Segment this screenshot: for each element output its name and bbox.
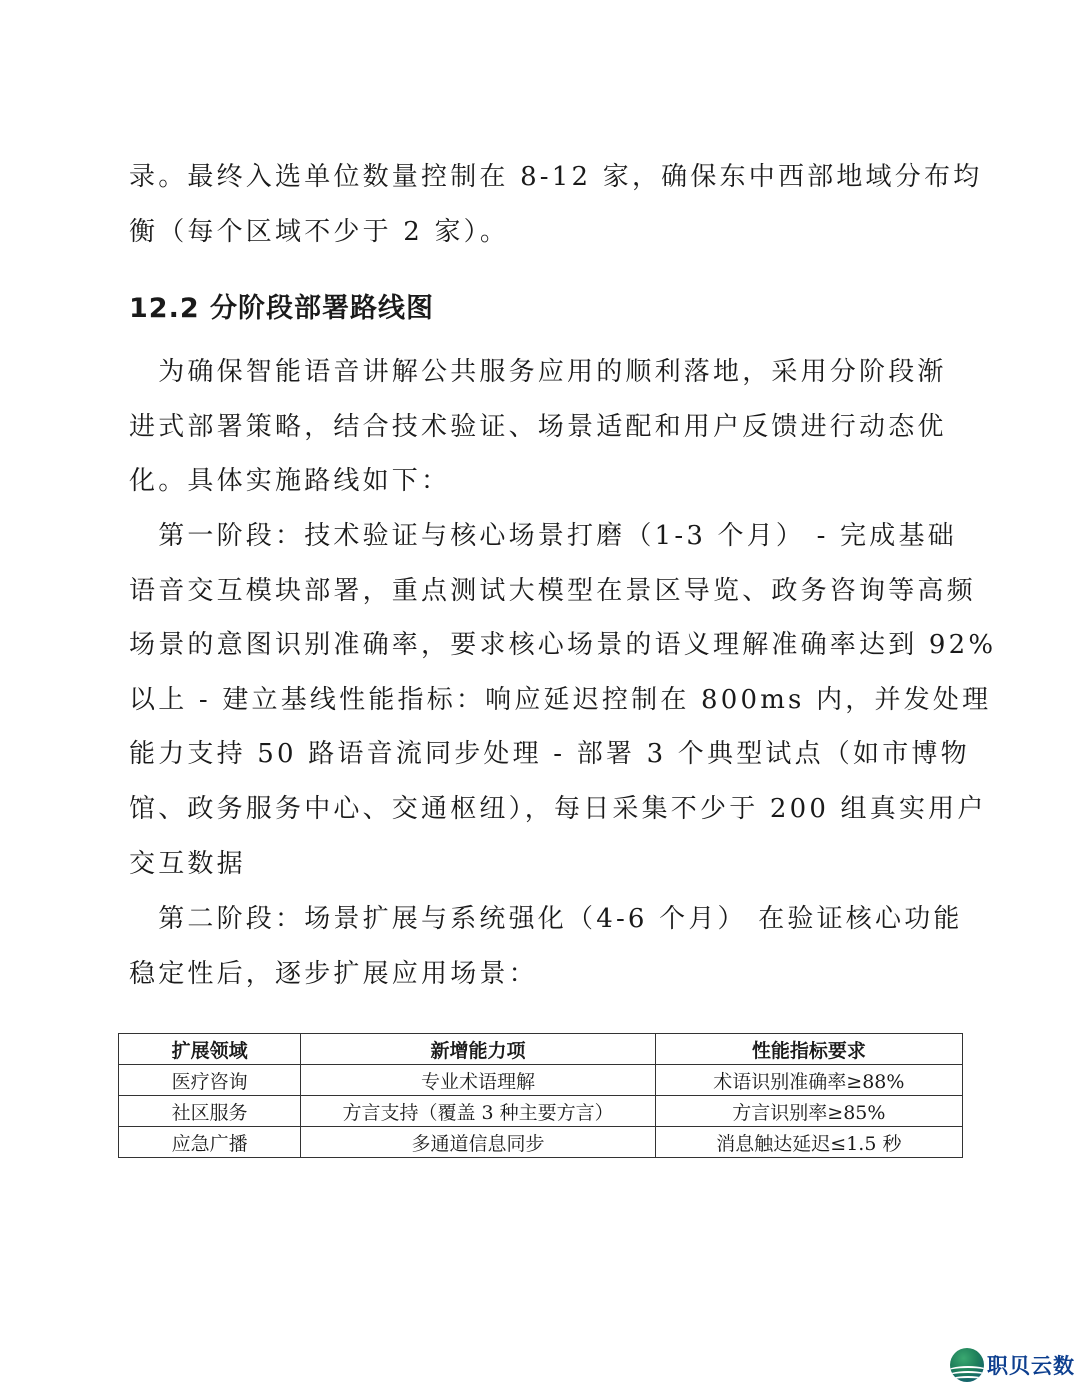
table-cell: 专业术语理解 <box>301 1065 655 1096</box>
text-line: 化。具体实施路线如下： <box>129 454 959 509</box>
table-cell: 消息触达延迟≤1.5 秒 <box>655 1127 962 1158</box>
text-line: 第一阶段：技术验证与核心场景打磨（1-3 个月） - 完成基础 <box>129 509 959 564</box>
table-header-row: 扩展领域 新增能力项 性能指标要求 <box>119 1034 963 1065</box>
column-header: 性能指标要求 <box>655 1034 962 1065</box>
text-line: 场景的意图识别准确率，要求核心场景的语义理解准确率达到 92% <box>129 618 959 673</box>
wave-globe-logo-icon <box>950 1348 984 1382</box>
table-cell: 社区服务 <box>119 1096 301 1127</box>
text-line: 交互数据 <box>129 837 959 892</box>
text-line: 为确保智能语音讲解公共服务应用的顺利落地，采用分阶段渐 <box>129 345 959 400</box>
table-cell: 医疗咨询 <box>119 1065 301 1096</box>
text-line: 进式部署策略，结合技术验证、场景适配和用户反馈进行动态优 <box>129 400 959 455</box>
table-row: 医疗咨询 专业术语理解 术语识别准确率≥88% <box>119 1065 963 1096</box>
text-line: 能力支持 50 路语音流同步处理 - 部署 3 个典型试点（如市博物 <box>129 727 959 782</box>
document-page: 录。最终入选单位数量控制在 8-12 家，确保东中西部地域分布均 衡（每个区域不… <box>0 0 1080 1397</box>
intro-paragraph: 录。最终入选单位数量控制在 8-12 家，确保东中西部地域分布均 衡（每个区域不… <box>129 150 959 259</box>
text-line: 稳定性后，逐步扩展应用场景： <box>129 947 959 1002</box>
table-row: 社区服务 方言支持（覆盖 3 种主要方言） 方言识别率≥85% <box>119 1096 963 1127</box>
strategy-paragraph: 为确保智能语音讲解公共服务应用的顺利落地，采用分阶段渐 进式部署策略，结合技术验… <box>129 345 959 509</box>
brand-name: 职贝云数 <box>987 1350 1075 1380</box>
expansion-table: 扩展领域 新增能力项 性能指标要求 医疗咨询 专业术语理解 术语识别准确率≥88… <box>118 1033 963 1158</box>
text-line: 语音交互模块部署，重点测试大模型在景区导览、政务咨询等高频 <box>129 564 959 619</box>
column-header: 新增能力项 <box>301 1034 655 1065</box>
text-line: 录。最终入选单位数量控制在 8-12 家，确保东中西部地域分布均 <box>129 150 959 205</box>
phase1-paragraph: 第一阶段：技术验证与核心场景打磨（1-3 个月） - 完成基础 语音交互模块部署… <box>129 509 959 891</box>
table-row: 应急广播 多通道信息同步 消息触达延迟≤1.5 秒 <box>119 1127 963 1158</box>
table-cell: 方言识别率≥85% <box>655 1096 962 1127</box>
table-cell: 应急广播 <box>119 1127 301 1158</box>
text-line: 衡（每个区域不少于 2 家）。 <box>129 205 959 260</box>
table-cell: 术语识别准确率≥88% <box>655 1065 962 1096</box>
column-header: 扩展领域 <box>119 1034 301 1065</box>
text-line: 第二阶段：场景扩展与系统强化（4-6 个月） 在验证核心功能 <box>129 892 959 947</box>
section-heading: 12.2 分阶段部署路线图 <box>129 286 434 325</box>
text-line: 馆、政务服务中心、交通枢纽），每日采集不少于 200 组真实用户 <box>129 782 959 837</box>
table-cell: 方言支持（覆盖 3 种主要方言） <box>301 1096 655 1127</box>
brand-watermark: 职贝云数 <box>950 1348 1075 1382</box>
text-line: 以上 - 建立基线性能指标：响应延迟控制在 800ms 内，并发处理 <box>129 673 959 728</box>
phase2-paragraph: 第二阶段：场景扩展与系统强化（4-6 个月） 在验证核心功能 稳定性后，逐步扩展… <box>129 892 959 1001</box>
table-cell: 多通道信息同步 <box>301 1127 655 1158</box>
